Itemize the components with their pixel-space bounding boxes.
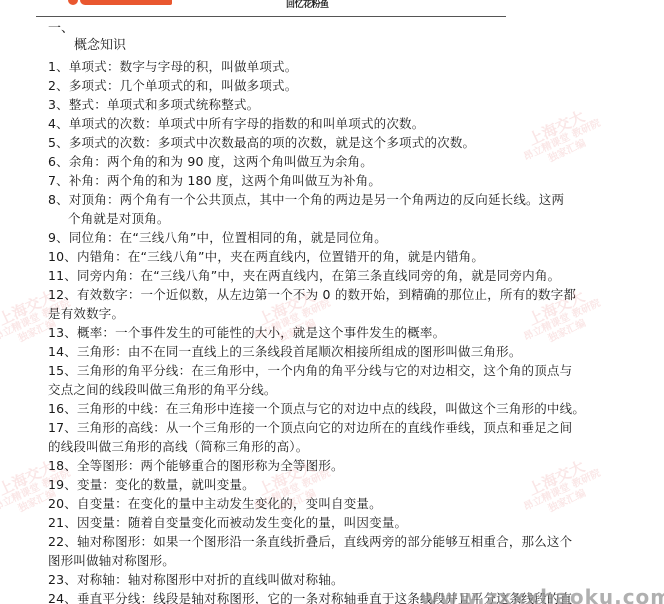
concept-item: 16、三角形的中线：在三角形中连接一个顶点与它的对边中点的线段，叫做这个三角形的… bbox=[48, 399, 644, 418]
concept-item: 7、补角：两个角的和为 180 度，这两个角叫做互为补角。 bbox=[48, 171, 644, 190]
item-number: 13、 bbox=[48, 323, 77, 342]
concept-item: 1、单项式：数字与字母的积，叫做单项式。 bbox=[48, 57, 644, 76]
item-number: 15、 bbox=[48, 361, 77, 380]
concept-item: 6、余角：两个角的和为 90 度，这两个角叫做互为余角。 bbox=[48, 152, 644, 171]
item-continuation: 的线段叫做三角形的高线（简称三角形的高）。 bbox=[48, 437, 644, 456]
site-watermark: www.zxxxhaoku.com bbox=[420, 585, 664, 604]
concept-item: 9、同位角：在“三线八角”中，位置相同的角，就是同位角。 bbox=[48, 228, 644, 247]
item-number: 2、 bbox=[48, 76, 69, 95]
concept-item: 2、多项式：几个单项式的和，叫做多项式。 bbox=[48, 76, 644, 95]
item-continuation: 个角就是对顶角。 bbox=[48, 209, 644, 228]
item-number: 19、 bbox=[48, 475, 77, 494]
item-number: 17、 bbox=[48, 418, 77, 437]
item-number: 6、 bbox=[48, 152, 69, 171]
item-number: 7、 bbox=[48, 171, 69, 190]
item-text: 内错角：在“三线八角”中，夹在两直线内，位置错开的角，就是内错角。 bbox=[77, 249, 484, 264]
item-text: 对顶角：两个角有一个公共顶点，其中一个角的两边是另一个角两边的反向延长线。这两 bbox=[69, 192, 564, 207]
concept-list: 1、单项式：数字与字母的积，叫做单项式。2、多项式：几个单项式的和，叫做多项式。… bbox=[48, 57, 644, 604]
brand-logo-banner bbox=[80, 0, 172, 5]
item-text: 单项式的次数：单项式中所有字母的指数的和叫单项式的次数。 bbox=[69, 116, 425, 131]
concept-item: 10、内错角：在“三线八角”中，夹在两直线内，位置错开的角，就是内错角。 bbox=[48, 247, 644, 266]
header-divider bbox=[36, 16, 506, 17]
item-number: 23、 bbox=[48, 570, 77, 589]
header-qr-text: 回忆花粉鱼 bbox=[286, 0, 329, 10]
item-number: 1、 bbox=[48, 57, 69, 76]
item-text: 多项式：几个单项式的和，叫做多项式。 bbox=[69, 78, 298, 93]
concept-item: 4、单项式的次数：单项式中所有字母的指数的和叫单项式的次数。 bbox=[48, 114, 644, 133]
concept-item: 19、变量：变化的数量，就叫变量。 bbox=[48, 475, 644, 494]
item-number: 24、 bbox=[48, 589, 77, 604]
item-continuation: 图形叫做轴对称图形。 bbox=[48, 551, 644, 570]
item-number: 14、 bbox=[48, 342, 77, 361]
item-number: 5、 bbox=[48, 133, 69, 152]
item-text: 自变量：在变化的量中主动发生变化的，变叫自变量。 bbox=[77, 496, 382, 511]
item-text: 变量：变化的数量，就叫变量。 bbox=[77, 477, 255, 492]
concept-item: 17、三角形的高线：从一个三角形的一个顶点向它的对边所在的直线作垂线，顶点和垂足… bbox=[48, 418, 644, 437]
item-text: 因变量：随着自变量变化而被动发生变化的量，叫因变量。 bbox=[77, 515, 407, 530]
concept-item: 11、同旁内角：在“三线八角”中，夹在两直线内，在第三条直线同旁的角，就是同旁内… bbox=[48, 266, 644, 285]
item-number: 8、 bbox=[48, 190, 69, 209]
concept-item: 15、三角形的角平分线：在三角形中，一个内角的角平分线与它的对边相交，这个角的顶… bbox=[48, 361, 644, 380]
item-number: 3、 bbox=[48, 95, 69, 114]
item-number: 22、 bbox=[48, 532, 77, 551]
item-number: 9、 bbox=[48, 228, 69, 247]
item-text: 三角形的角平分线：在三角形中，一个内角的角平分线与它的对边相交，这个角的顶点与 bbox=[77, 363, 572, 378]
brand-logo-icon bbox=[68, 0, 78, 5]
concept-item: 22、轴对称图形：如果一个图形沿一条直线折叠后，直线两旁的部分能够互相重合，那么… bbox=[48, 532, 644, 551]
item-text: 三角形的中线：在三角形中连接一个顶点与它的对边中点的线段，叫做这个三角形的中线。 bbox=[77, 401, 585, 416]
item-text: 同旁内角：在“三线八角”中，夹在两直线内，在第三条直线同旁的角，就是同旁内角。 bbox=[77, 268, 560, 283]
item-text: 对称轴：轴对称图形中对折的直线叫做对称轴。 bbox=[77, 572, 344, 587]
concept-item: 18、全等图形：两个能够重合的图形称为全等图形。 bbox=[48, 456, 644, 475]
item-number: 16、 bbox=[48, 399, 77, 418]
section-number: 一、 bbox=[48, 22, 74, 36]
concept-item: 3、整式：单项式和多项式统称整式。 bbox=[48, 95, 644, 114]
section-title: 概念知识 bbox=[74, 38, 126, 54]
item-text: 余角：两个角的和为 90 度，这两个角叫做互为余角。 bbox=[69, 154, 373, 169]
item-text: 多项式的次数：多项式中次数最高的项的次数，就是这个多项式的次数。 bbox=[69, 135, 475, 150]
concept-item: 21、因变量：随着自变量变化而被动发生变化的量，叫因变量。 bbox=[48, 513, 644, 532]
item-number: 20、 bbox=[48, 494, 77, 513]
item-text: 同位角：在“三线八角”中，位置相同的角，就是同位角。 bbox=[69, 230, 387, 245]
concept-item: 12、有效数字：一个近似数，从左边第一个不为 0 的数开始，到精确的那位止，所有… bbox=[48, 285, 644, 304]
item-text: 轴对称图形：如果一个图形沿一条直线折叠后，直线两旁的部分能够互相重合，那么这个 bbox=[77, 534, 572, 549]
item-number: 4、 bbox=[48, 114, 69, 133]
item-text: 全等图形：两个能够重合的图形称为全等图形。 bbox=[77, 458, 344, 473]
item-number: 10、 bbox=[48, 247, 77, 266]
item-text: 三角形：由不在同一直线上的三条线段首尾顺次相接所组成的图形叫做三角形。 bbox=[77, 344, 522, 359]
item-text: 补角：两个角的和为 180 度，这两个角叫做互为补角。 bbox=[69, 173, 381, 188]
item-text: 整式：单项式和多项式统称整式。 bbox=[69, 97, 260, 112]
concept-item: 5、多项式的次数：多项式中次数最高的项的次数，就是这个多项式的次数。 bbox=[48, 133, 644, 152]
concept-item: 20、自变量：在变化的量中主动发生变化的，变叫自变量。 bbox=[48, 494, 644, 513]
concept-item: 13、概率：一个事件发生的可能性的大小，就是这个事件发生的概率。 bbox=[48, 323, 644, 342]
item-number: 18、 bbox=[48, 456, 77, 475]
item-text: 三角形的高线：从一个三角形的一个顶点向它的对边所在的直线作垂线，顶点和垂足之间 bbox=[77, 420, 572, 435]
item-text: 概率：一个事件发生的可能性的大小，就是这个事件发生的概率。 bbox=[77, 325, 445, 340]
item-text: 有效数字：一个近似数，从左边第一个不为 0 的数开始，到精确的那位止，所有的数字… bbox=[77, 287, 576, 302]
item-continuation: 是有效数字。 bbox=[48, 304, 644, 323]
item-number: 21、 bbox=[48, 513, 77, 532]
item-number: 11、 bbox=[48, 266, 77, 285]
concept-item: 8、对顶角：两个角有一个公共顶点，其中一个角的两边是另一个角两边的反向延长线。这… bbox=[48, 190, 644, 209]
item-number: 12、 bbox=[48, 285, 77, 304]
item-continuation: 交点之间的线段叫做三角形的角平分线。 bbox=[48, 380, 644, 399]
item-text: 单项式：数字与字母的积，叫做单项式。 bbox=[69, 59, 298, 74]
concept-item: 14、三角形：由不在同一直线上的三条线段首尾顺次相接所组成的图形叫做三角形。 bbox=[48, 342, 644, 361]
